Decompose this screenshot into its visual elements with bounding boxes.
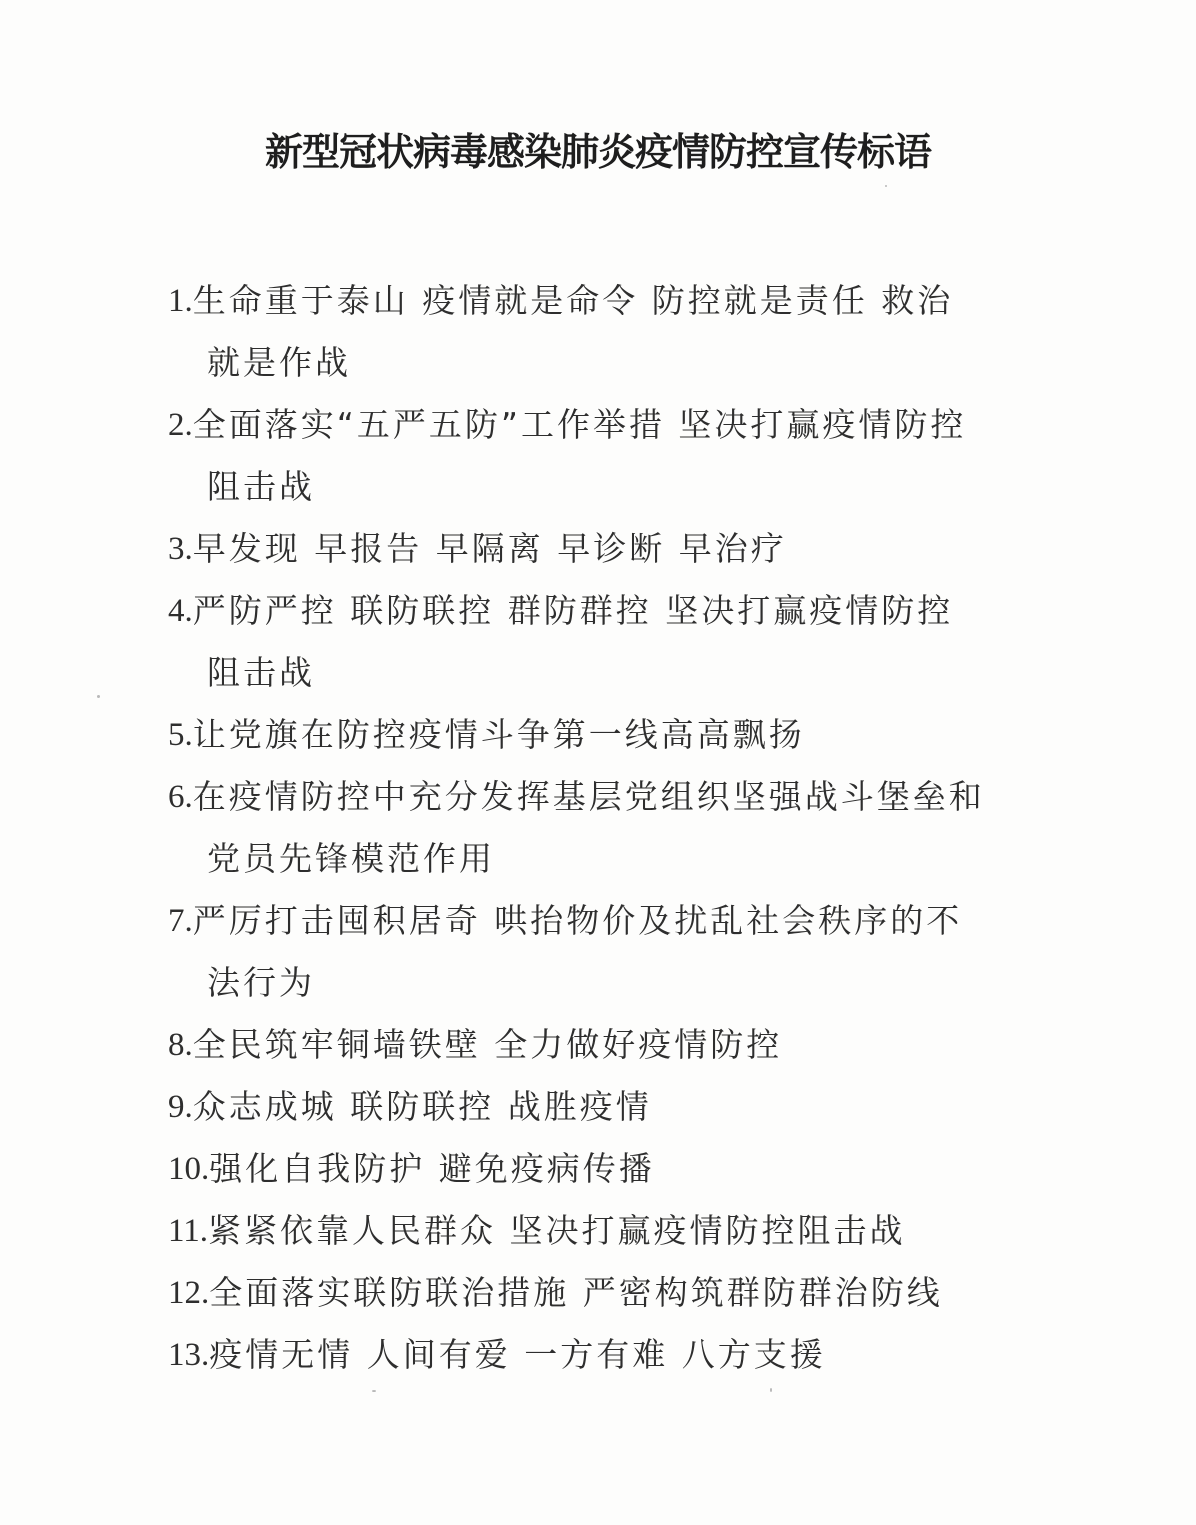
item-text: 让党旗在防控疫情斗争第一线高高飘扬: [193, 704, 805, 766]
list-item: 5.让党旗在防控疫情斗争第一线高高飘扬: [168, 704, 1048, 766]
item-text: 强化自我防护 避免疫病传播: [209, 1138, 655, 1200]
list-item: 3.早发现 早报告 早隔离 早诊断 早治疗: [168, 518, 1048, 580]
item-text: 生命重于泰山 疫情就是命令 防控就是责任 救治: [193, 270, 953, 332]
item-number: 9.: [168, 1076, 193, 1138]
item-number: 6.: [168, 766, 193, 828]
list-item: 7.严厉打击囤积居奇 哄抬物价及扰乱社会秩序的不 法行为: [168, 890, 1048, 1014]
slogan-list: 1.生命重于泰山 疫情就是命令 防控就是责任 救治 就是作战 2.全面落实“五严…: [168, 270, 1048, 1386]
item-number: 2.: [168, 394, 193, 456]
item-number: 11.: [168, 1200, 208, 1262]
item-text: 紧紧依靠人民群众 坚决打赢疫情防控阻击战: [208, 1200, 906, 1262]
item-text: 全面落实联防联治措施 严密构筑群防群治防线: [209, 1262, 943, 1324]
item-text: 全民筑牢铜墙铁壁 全力做好疫情防控: [193, 1014, 783, 1076]
item-number: 10.: [168, 1138, 209, 1200]
list-item: 2.全面落实“五严五防”工作举措 坚决打赢疫情防控 阻击战: [168, 394, 1048, 518]
list-item: 10.强化自我防护 避免疫病传播: [168, 1138, 1048, 1200]
item-text: 众志成城 联防联控 战胜疫情: [193, 1076, 652, 1138]
document-page: 新型冠状病毒感染肺炎疫情防控宣传标语 1.生命重于泰山 疫情就是命令 防控就是责…: [0, 0, 1196, 1525]
scan-speck: [885, 185, 887, 187]
list-item: 1.生命重于泰山 疫情就是命令 防控就是责任 救治 就是作战: [168, 270, 1048, 394]
item-number: 8.: [168, 1014, 193, 1076]
item-text-continued: 阻击战: [168, 456, 966, 518]
item-text-continued: 党员先锋模范作用: [168, 828, 985, 890]
list-item: 12.全面落实联防联治措施 严密构筑群防群治防线: [168, 1262, 1048, 1324]
item-text: 严防严控 联防联控 群防群控 坚决打赢疫情防控: [193, 580, 953, 642]
scan-speck: [372, 1390, 376, 1392]
item-text: 早发现 早报告 早隔离 早诊断 早治疗: [193, 518, 787, 580]
item-text: 疫情无情 人间有爱 一方有难 八方支援: [209, 1324, 825, 1386]
document-title: 新型冠状病毒感染肺炎疫情防控宣传标语: [0, 124, 1196, 180]
item-number: 12.: [168, 1262, 209, 1324]
item-number: 4.: [168, 580, 193, 642]
list-item: 9.众志成城 联防联控 战胜疫情: [168, 1076, 1048, 1138]
scan-speck: [97, 695, 100, 698]
item-number: 1.: [168, 270, 193, 332]
item-text-continued: 阻击战: [168, 642, 953, 704]
item-number: 7.: [168, 890, 193, 952]
list-item: 4.严防严控 联防联控 群防群控 坚决打赢疫情防控 阻击战: [168, 580, 1048, 704]
item-text: 全面落实“五严五防”工作举措 坚决打赢疫情防控: [193, 394, 967, 456]
item-number: 5.: [168, 704, 193, 766]
list-item: 6.在疫情防控中充分发挥基层党组织坚强战斗堡垒和 党员先锋模范作用: [168, 766, 1048, 890]
item-text: 严厉打击囤积居奇 哄抬物价及扰乱社会秩序的不: [193, 890, 963, 952]
item-text-continued: 就是作战: [168, 332, 953, 394]
list-item: 11.紧紧依靠人民群众 坚决打赢疫情防控阻击战: [168, 1200, 1048, 1262]
list-item: 13.疫情无情 人间有爱 一方有难 八方支援: [168, 1324, 1048, 1386]
scan-speck: [770, 1388, 772, 1392]
item-number: 3.: [168, 518, 193, 580]
item-text-continued: 法行为: [168, 952, 962, 1014]
list-item: 8.全民筑牢铜墙铁壁 全力做好疫情防控: [168, 1014, 1048, 1076]
item-text: 在疫情防控中充分发挥基层党组织坚强战斗堡垒和: [193, 766, 985, 828]
item-number: 13.: [168, 1324, 209, 1386]
